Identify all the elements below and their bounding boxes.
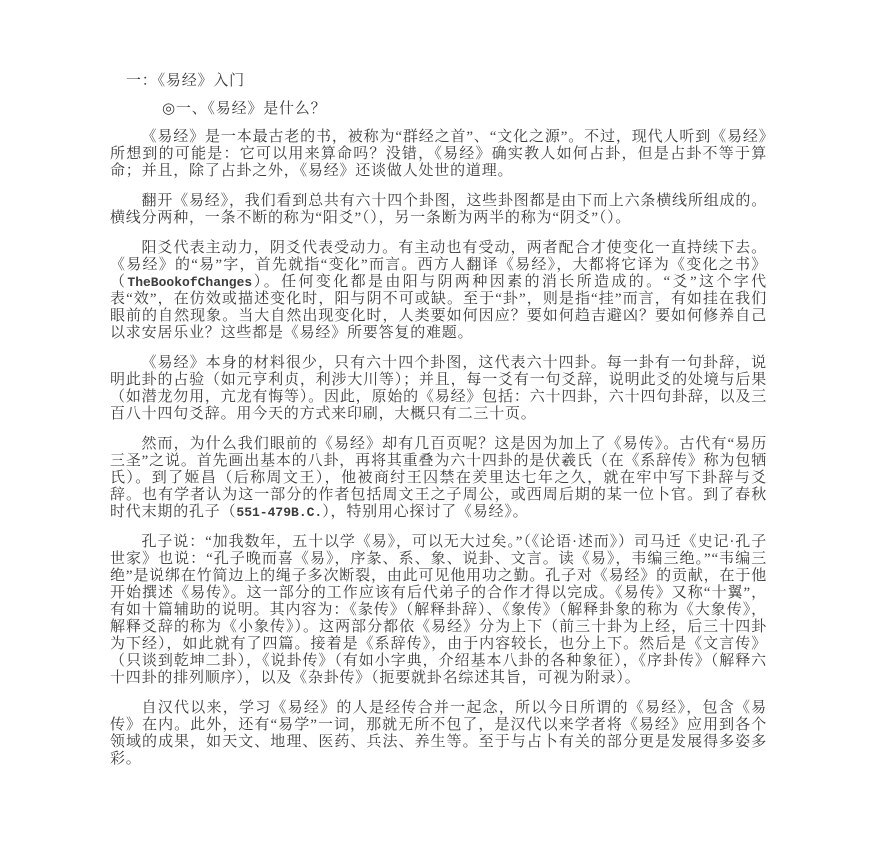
paragraph-text: 《易经》是一本最古老的书，被称为“群经之首”、“文化之源”。不过，现代人听到《易… bbox=[110, 129, 767, 179]
paragraph: 然而，为什么我们眼前的《易经》却有几百页呢？这是因为加上了《易传》。古代有“易历… bbox=[110, 436, 767, 521]
inline-latin-text: TheBookofChanges bbox=[127, 275, 252, 290]
paragraph: 《易经》本身的材料很少，只有六十四个卦图，这代表六十四卦。每一卦有一句卦辞，说明… bbox=[110, 355, 767, 423]
paragraph: 阳爻代表主动力，阴爻代表受动力。有主动也有受动，两者配合才使变化一直持续下去。《… bbox=[110, 240, 767, 342]
paragraph-text: ），特别用心探讨了《易经》。 bbox=[322, 504, 528, 520]
paragraph-text: 自汉代以来，学习《易经》的人是经传合并一起念，所以今日所谓的《易经》，包含《易传… bbox=[110, 700, 767, 767]
inline-latin-text: 551-479B.C. bbox=[236, 505, 322, 520]
paragraph: 孔子说：“加我数年，五十以学《易》，可以无大过矣。”（《论语·述而》）司马迁《史… bbox=[110, 534, 767, 687]
paragraph-text: 孔子说：“加我数年，五十以学《易》，可以无大过矣。”（《论语·述而》）司马迁《史… bbox=[110, 534, 767, 686]
paragraph: 自汉代以来，学习《易经》的人是经传合并一起念，所以今日所谓的《易经》，包含《易传… bbox=[110, 700, 767, 768]
paragraph-text: 翻开《易经》，我们看到总共有六十四个卦图，这些卦图都是由下而上六条横线所组成的。… bbox=[110, 193, 767, 226]
document-page: 一：《易经》入门 ◎一、《易经》是什么？ 《易经》是一本最古老的书，被称为“群经… bbox=[110, 73, 767, 768]
section-heading-label: 一、《易经》是什么？ bbox=[176, 101, 327, 117]
section-heading: ◎一、《易经》是什么？ bbox=[110, 101, 767, 118]
paragraph-text: 《易经》本身的材料很少，只有六十四个卦图，这代表六十四卦。每一卦有一句卦辞，说明… bbox=[110, 355, 767, 422]
section-bullet-icon: ◎ bbox=[162, 101, 176, 117]
document-title: 一：《易经》入门 bbox=[110, 73, 767, 90]
paragraph: 《易经》是一本最古老的书，被称为“群经之首”、“文化之源”。不过，现代人听到《易… bbox=[110, 129, 767, 180]
paragraph: 翻开《易经》，我们看到总共有六十四个卦图，这些卦图都是由下而上六条横线所组成的。… bbox=[110, 193, 767, 227]
document-body: 《易经》是一本最古老的书，被称为“群经之首”、“文化之源”。不过，现代人听到《易… bbox=[110, 129, 767, 768]
